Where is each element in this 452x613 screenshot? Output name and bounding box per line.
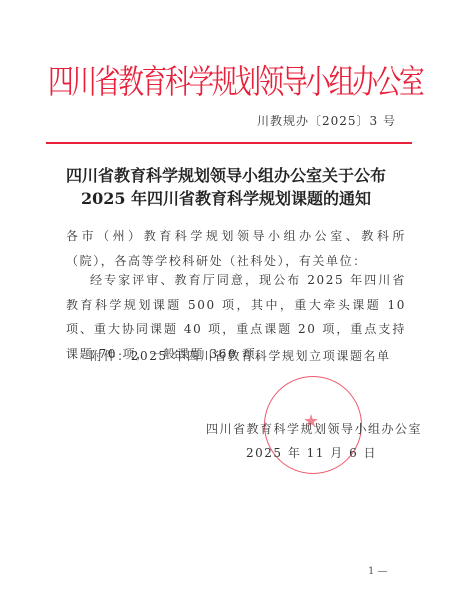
letterhead-title: 四川省教育科学规划领导小组办公室	[48, 62, 329, 102]
page-number: 1 —	[368, 566, 388, 577]
document-number: 川教规办〔2025〕3 号	[257, 112, 396, 129]
notice-title-line1: 四川省教育科学规划领导小组办公室关于公布	[0, 164, 452, 188]
notice-title-line2: 2025 年四川省教育科学规划课题的通知	[0, 187, 452, 211]
signature-org: 四川省教育科学规划领导小组办公室	[206, 420, 422, 437]
letterhead-divider	[46, 142, 412, 144]
signature-date: 2025 年 11 月 6 日	[246, 444, 377, 461]
attachment-line: 附件：2025 年四川省教育科学规划立项课题名单	[90, 344, 430, 369]
addressee: 各市（州）教育科学规划领导小组办公室、教科所（院），各高等学校科研处（社科处），…	[66, 224, 406, 273]
